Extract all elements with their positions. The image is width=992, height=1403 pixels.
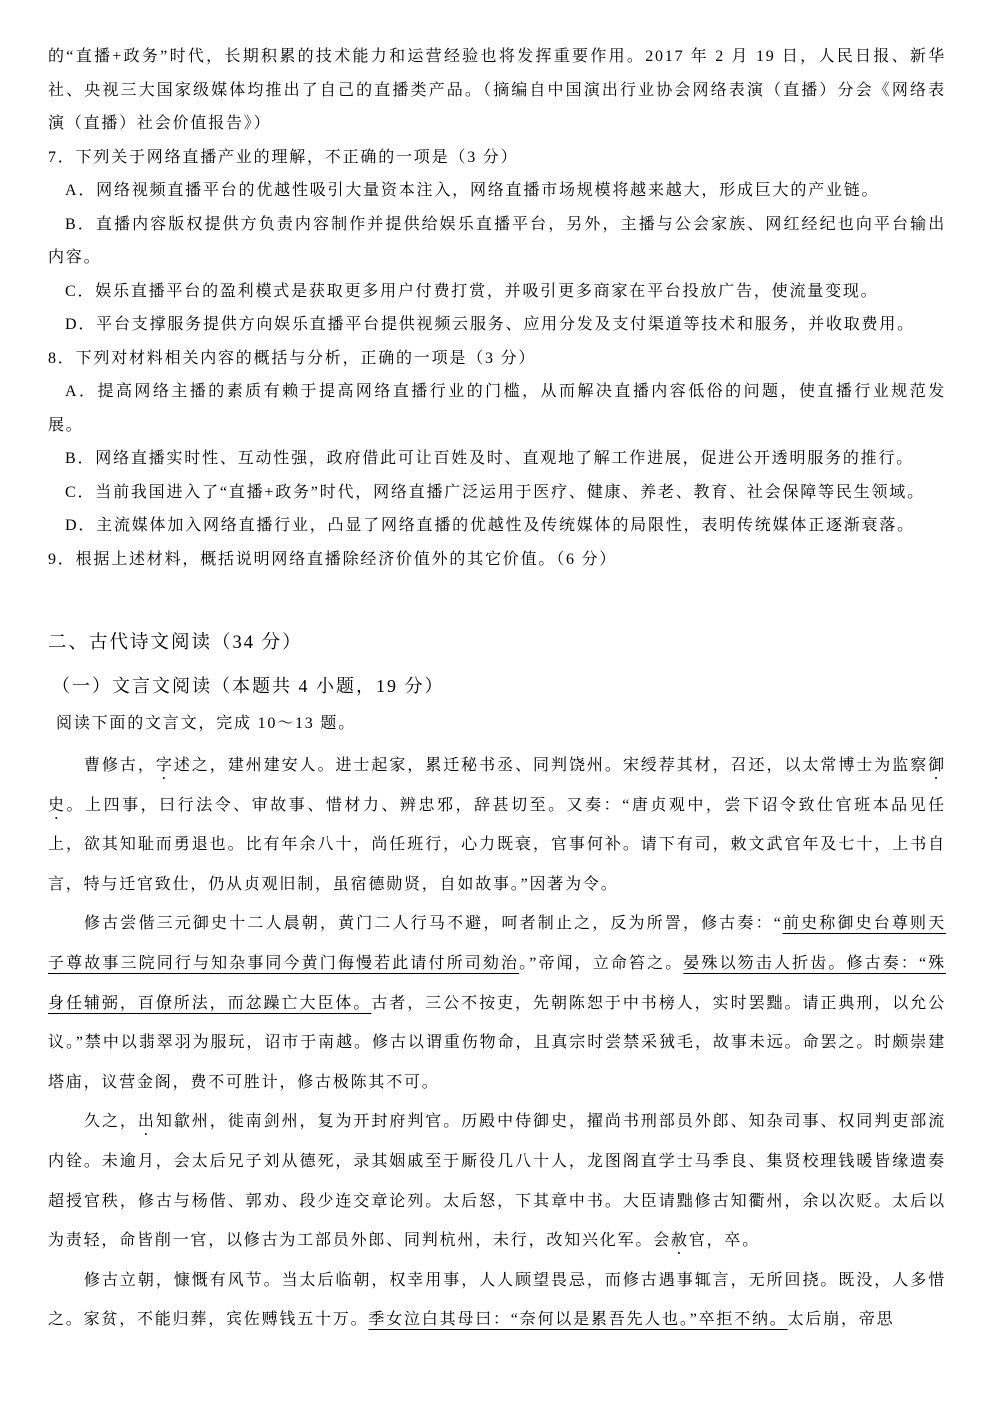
option-label: D． (65, 316, 96, 333)
option-text: 网络视频直播平台的优越性吸引大量资本注入，网络直播市场规模将越来越大，形成巨大的… (96, 182, 879, 199)
option-text: 平台支撑服务提供方向娱乐直播平台提供视频云服务、应用分发及支付渠道等技术和服务，… (96, 316, 915, 333)
option-text: 网络直播实时性、互动性强，政府借此可让百姓及时、直观地了解工作进展，促进公开透明… (95, 450, 914, 467)
question-7-stem: 7．下列关于网络直播产业的理解，不正确的一项是（3 分） (48, 141, 946, 175)
passage-underlined-segment: 季女泣白其母曰：“奈何以是累吾先人也。”卒拒不纳。 (368, 1311, 787, 1328)
question-7-option-d: D．平台支撑服务提供方向娱乐直播平台提供视频云服务、应用分发及支付渠道等技术和服… (48, 308, 946, 342)
passage-paragraph-4: 修古立朝，慷慨有风节。当太后临朝，权幸用事，人人顾望畏忌，而修古遇事辄言，无所回… (48, 1261, 946, 1340)
section-two-heading: 二、古代诗文阅读（34 分） (48, 622, 946, 665)
option-label: C． (65, 283, 95, 300)
question-8-stem: 8．下列对材料相关内容的概括与分析，正确的一项是（3 分） (48, 342, 946, 376)
material-continuation-paragraph: 的“直播+政务”时代，长期积累的技术能力和运营经验也将发挥重要作用。2017 年… (48, 40, 946, 141)
passage-text-segment: 修古尝偕三元御史十二人晨朝，黄门二人行马不避，呵者制止之，反为所詈，修古奏：“ (84, 915, 783, 932)
option-label: D． (65, 517, 96, 534)
question-9-stem: 9．根据上述材料，概括说明网络直播除经济价值外的其它价值。（6 分） (48, 543, 946, 577)
question-7-number: 7． (48, 149, 76, 166)
subsection-one-heading: （一）文言文阅读（本题共 4 小题，19 分） (52, 665, 946, 708)
option-label: B． (65, 450, 95, 467)
passage-dot-emphasis-segment: 出 (138, 1113, 156, 1130)
passage-text-segment: 曹修古， (84, 757, 156, 774)
passage-paragraph-3: 久之，出知歙州，徙南剑州，复为开封府判官。历殿中侍御史，擢尚书刑部员外郎、知杂司… (48, 1102, 946, 1260)
passage-text-segment: 太后崩，帝思 (788, 1311, 895, 1328)
question-8-number: 8． (48, 350, 76, 367)
option-text: 娱乐直播平台的盈利模式是获取更多用户付费打赏，并吸引更多商家在平台投放广告，使流… (95, 283, 878, 300)
question-8-text: 下列对材料相关内容的概括与分析，正确的一项是（3 分） (76, 350, 537, 367)
passage-text-segment: 。上四事，曰行法令、审故事、惜材力、辨忠邪，辞甚切至。又奏：“唐贞观中，尝下诏令… (48, 797, 946, 893)
exam-document-page: 的“直播+政务”时代，长期积累的技术能力和运营经验也将发挥重要作用。2017 年… (0, 0, 992, 1403)
option-text: 直播内容版权提供方负责内容制作并提供给娱乐直播平台，另外，主播与公会家族、网红经… (48, 216, 946, 267)
option-text: 提高网络主播的素质有赖于提高网络直播行业的门槛，从而解决直播内容低俗的问题，使直… (48, 383, 946, 434)
option-label: A． (65, 182, 96, 199)
question-7-text: 下列关于网络直播产业的理解，不正确的一项是（3 分） (76, 149, 519, 166)
question-8-option-c: C．当前我国进入了“直播+政务”时代，网络直播广泛运用于医疗、健康、养老、教育、… (48, 476, 946, 510)
question-7-option-b: B．直播内容版权提供方负责内容制作并提供给娱乐直播平台，另外，主播与公会家族、网… (48, 208, 946, 275)
question-9-text: 根据上述材料，概括说明网络直播除经济价值外的其它价值。（6 分） (76, 551, 618, 568)
option-label: C． (65, 484, 95, 501)
question-8-option-d: D．主流媒体加入网络直播行业，凸显了网络直播的优越性及传统媒体的局限性，表明传统… (48, 509, 946, 543)
question-7-option-c: C．娱乐直播平台的盈利模式是获取更多用户付费打赏，并吸引更多商家在平台投放广告，… (48, 275, 946, 309)
passage-text-segment: 官，卒。 (689, 1232, 760, 1249)
option-label: B． (65, 216, 96, 233)
option-label: A． (65, 383, 97, 400)
option-text: 主流媒体加入网络直播行业，凸显了网络直播的优越性及传统媒体的局限性，表明传统媒体… (96, 517, 915, 534)
passage-dot-emphasis-segment: 赦 (671, 1232, 689, 1249)
passage-paragraph-1: 曹修古，字述之，建州建安人。进士起家，累迁秘书丞、同判饶州。宋绶荐其材，召还，以… (48, 746, 946, 904)
option-text: 当前我国进入了“直播+政务”时代，网络直播广泛运用于医疗、健康、养老、教育、社会… (95, 484, 925, 501)
classical-passage: 曹修古，字述之，建州建安人。进士起家，累迁秘书丞、同判饶州。宋绶荐其材，召还，以… (48, 746, 946, 1340)
question-9-number: 9． (48, 551, 76, 568)
passage-dot-emphasis-segment: 字 (156, 757, 174, 774)
question-8-option-b: B．网络直播实时性、互动性强，政府借此可让百姓及时、直观地了解工作进展，促进公开… (48, 442, 946, 476)
passage-instruction: 阅读下面的文言文，完成 10～13 题。 (56, 708, 946, 739)
passage-text-segment: 。”帝闻，立命笞之。 (519, 955, 683, 972)
question-8-option-a: A．提高网络主播的素质有赖于提高网络直播行业的门槛，从而解决直播内容低俗的问题，… (48, 375, 946, 442)
question-7-option-a: A．网络视频直播平台的优越性吸引大量资本注入，网络直播市场规模将越来越大，形成巨… (48, 174, 946, 208)
passage-text-segment: 知歙州，徙南剑州，复为开封府判官。历殿中侍御史，擢尚书刑部员外郎、知杂司事、权同… (48, 1113, 946, 1249)
passage-text-segment: 久之， (84, 1113, 138, 1130)
passage-paragraph-2: 修古尝偕三元御史十二人晨朝，黄门二人行马不避，呵者制止之，反为所詈，修古奏：“前… (48, 904, 946, 1102)
passage-text-segment: 述之，建州建安人。进士起家，累迁秘书丞、同判饶州。宋绶荐其材，召还，以太常博士为… (174, 757, 928, 774)
